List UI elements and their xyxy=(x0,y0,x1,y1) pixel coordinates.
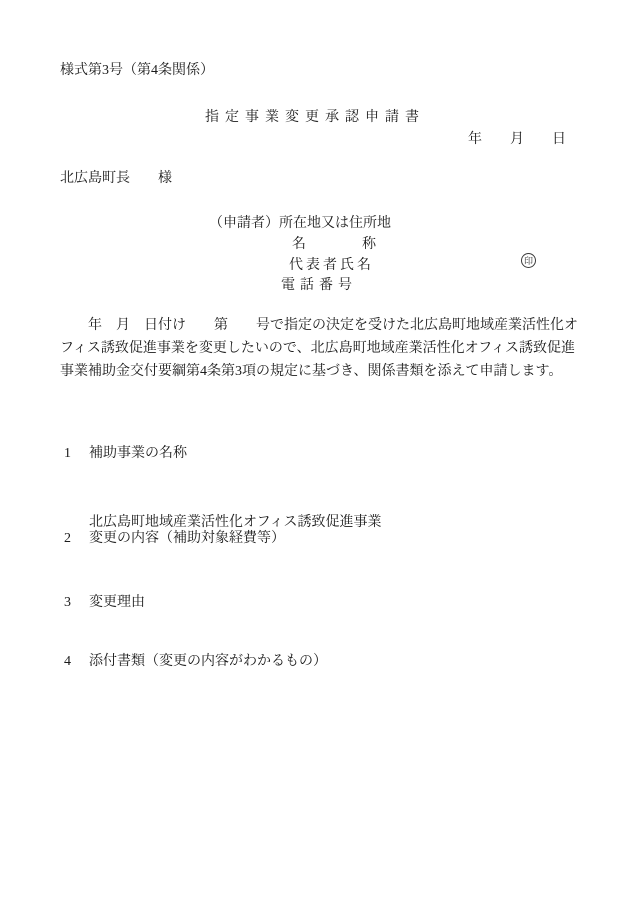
item-label: 添付書類（変更の内容がわかるもの） xyxy=(89,654,327,669)
item-number: 1 xyxy=(64,442,89,465)
form-item-4: 4添付書類（変更の内容がわかるもの） xyxy=(64,604,327,719)
body-paragraph: 年 月 日付け 第 号で指定の決定を受けた北広島町地域産業活性化オ フィス誘致促… xyxy=(60,314,575,383)
document-title: 指定事業変更承認申請書 xyxy=(0,109,630,126)
applicant-representative-label: 代表者氏名 xyxy=(289,258,374,274)
body-line: 年 月 日付け 第 号で指定の決定を受けた北広島町地域産業活性化オ xyxy=(60,314,575,337)
item-number: 4 xyxy=(64,650,89,673)
date-line: 年 月 日 xyxy=(468,132,566,148)
item-label: 変更の内容（補助対象経費等） xyxy=(89,531,285,546)
body-line: フィス誘致促進事業を変更したいので、北広島町地域産業活性化オフィス誘致促進 xyxy=(60,337,575,360)
applicant-header: （申請者）所在地又は住所地 xyxy=(209,216,391,232)
applicant-phone-label: 電話番号 xyxy=(281,278,357,294)
seal-text: 印 xyxy=(524,256,533,266)
document-page: 様式第3号（第4条関係） 指定事業変更承認申請書 年 月 日 北広島町長 様 （… xyxy=(0,0,630,903)
seal-icon: 印 xyxy=(521,253,536,268)
item-line: 1補助事業の名称 xyxy=(64,442,381,465)
addressee: 北広島町長 様 xyxy=(60,171,172,187)
body-line: 事業補助金交付要綱第4条第3項の規定に基づき、関係書類を添えて申請します。 xyxy=(60,360,575,383)
item-line: 4添付書類（変更の内容がわかるもの） xyxy=(64,650,327,673)
applicant-name-label: 名 称 xyxy=(292,237,376,253)
form-number: 様式第3号（第4条関係） xyxy=(60,63,214,79)
item-label: 補助事業の名称 xyxy=(89,446,187,461)
